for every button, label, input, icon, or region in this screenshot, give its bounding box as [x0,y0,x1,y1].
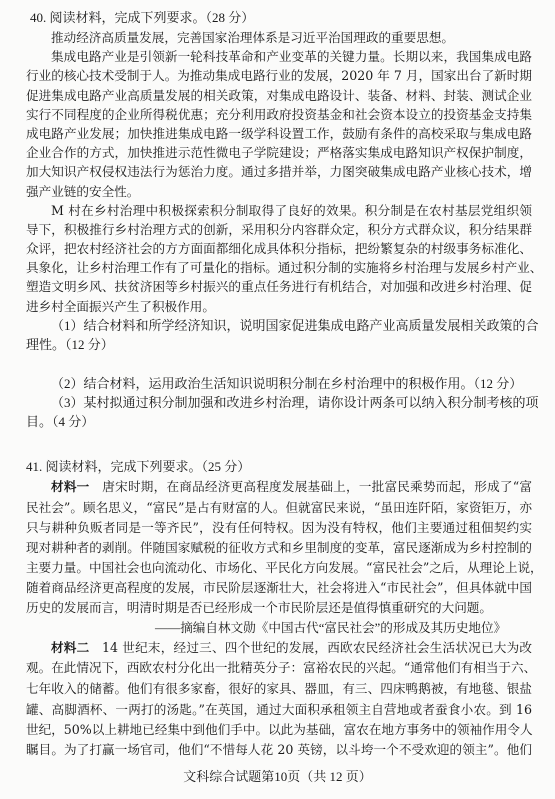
sub-question-3-cont: 目。（4 分） [26,412,532,432]
exam-page: 40. 阅读材料，完成下列要求。（28 分） 推动经济高质量发展，完善国家治理体… [0,0,555,799]
paragraph-line: 促进集成电路产业高质量发展的相关政策，对集成电路设计、装备、材料、封装、测试企业 [26,86,532,106]
paragraph-line: 具象化，让乡村治理工作有了可量化的指标。通过积分制的实施将乡村治理与发展乡村产业… [26,258,532,278]
paragraph-line: 罐、高脚酒杯、一两打的汤匙。”在英国，通过大面积承租领主自营地或者蚕食小农。到 … [26,700,532,720]
paragraph-line: 强产业链的安全性。 [26,182,532,202]
paragraph-line: 瞩目。为了打赢一场官司，他们“不惜每人花 20 英镑，以斗垮一个不受欢迎的领主”… [26,740,532,760]
material-2-first-line: 材料二 14 世纪末，经过三、四个世纪的发展，西欧农民经济社会生活状况已大为改 [51,638,532,658]
paragraph-line: 现对耕种者的剥削。伴随国家赋税的征收方式和乡里制度的变革，富民逐渐成为乡村控制的 [26,538,532,558]
paragraph-line: 集成电路产业是引领新一轮科技革命和产业变革的关键力量。长期以来，我国集成电路 [51,47,532,67]
paragraph-line: 实行不同程度的企业所得税优惠；充分利用政府投资基金和社会资本设立的投资基金支持集 [26,105,532,125]
paragraph-line: 行业的核心技术受制于人。为推动集成电路行业的发展，2020 年 7 月，国家出台… [26,66,532,86]
sub-question-2: （2）结合材料，运用政治生活知识说明积分制在乡村治理中的积极作用。（12 分） [51,374,532,394]
sub-question-1-cont: 理性。（12 分） [26,335,532,355]
paragraph-line: 塑造文明乡风、扶贫济困等乡村振兴的重点任务进行有机结合，对加强和改进乡村治理、促 [26,277,532,297]
paragraph-line: 加大知识产权侵权违法行为惩治力度。通过多措并举，力图突破集成电路产业核心技术，增 [26,162,532,182]
material-1-first-line: 材料一 唐宋时期，在商品经济更高程度发展基础上，一批富民乘势而起，形成了“富 [51,477,532,497]
sub-question-3: （3）某村拟通过积分制加强和改进乡村治理，请你设计两条可以纳入积分制考核的项 [51,393,532,413]
question-40-intro: 推动经济高质量发展，完善国家治理体系是习近平治国理政的重要思想。 [51,28,532,48]
paragraph-line: 企业合作的方式，加快推进示范性微电子学院建设；严格落实集成电路知识产权保护制度， [26,143,532,163]
paragraph-line: 民社会”。顾名思义，“富民”是占有财富的人。但就富民来说，“虽田连阡陌，家资钜万… [26,498,532,518]
paragraph-line: 进乡村全面振兴产生了积极作用。 [26,297,532,317]
question-41-title: 41. 阅读材料，完成下列要求。（25 分） [26,457,532,477]
paragraph-line: M 村在乡村治理中积极探索积分制取得了良好的效果。积分制是在农村基层党组织领 [51,201,532,221]
material-1-text: 唐宋时期，在商品经济更高程度发展基础上，一批富民乘势而起，形成了“富 [102,479,532,494]
paragraph-line: 只与耕种负贩者同是一等齐民”，没有任何特权。因为没有特权，他们主要通过租佃契约实 [26,518,532,538]
material-2-text: 14 世纪末，经过三、四个世纪的发展，西欧农民经济社会生活状况已大为改 [102,640,532,655]
paragraph-line: 观。在此情况下，西欧农村分化出一批精英分子：富裕农民的兴起。“通常他们有相当于六… [26,658,532,678]
paragraph-line: 历史的发展而言，明清时期是否已经形成一个市民阶层还是值得慎重研究的大问题。 [26,598,532,618]
sub-question-1: （1）结合材料和所学经济知识，说明国家促进集成电路产业高质量发展相关政策的合 [51,316,532,336]
paragraph-line: 世纪，50%以上耕地已经集中到他们手中。以此为基础，富农在地方事务中的领袖作用令… [26,720,532,740]
paragraph-line: 导下，积极推行乡村治理方式的创新，采用积分内容群众定，积分方式群众议，积分结果群 [26,220,532,240]
paragraph-line: 主要力量。中国社会也向流动化、市场化、平民化方向发展。“富民社会”之后，从理论上… [26,558,532,578]
material-1-label: 材料一 [51,479,89,494]
material-1-source: ——摘编自林文勋《中国古代“富民社会”的形成及其历史地位》 [155,618,535,638]
paragraph-line: 众评，把农村经济社会的方方面面都细化成具体积分指标，把纷繁复杂的村级事务标准化、 [26,239,532,259]
question-40-title: 40. 阅读材料，完成下列要求。（28 分） [30,8,536,28]
paragraph-line: 成电路产业发展；加快推进集成电路一级学科设置工作，鼓励有条件的高校采取与集成电路 [26,124,532,144]
paragraph-line: 随着商品经济更高程度的发展，市民阶层逐渐壮大，社会将进入“市民社会”，但具体就中… [26,578,532,598]
paragraph-line: 七年收入的储蓄。他们有很多家畜，很好的家具、器皿，有三、四床鸭鹅被，有地毯、银盐 [26,679,532,699]
material-2-label: 材料二 [51,640,89,655]
page-footer: 文科综合试题第10页（共 12 页） [0,767,555,787]
